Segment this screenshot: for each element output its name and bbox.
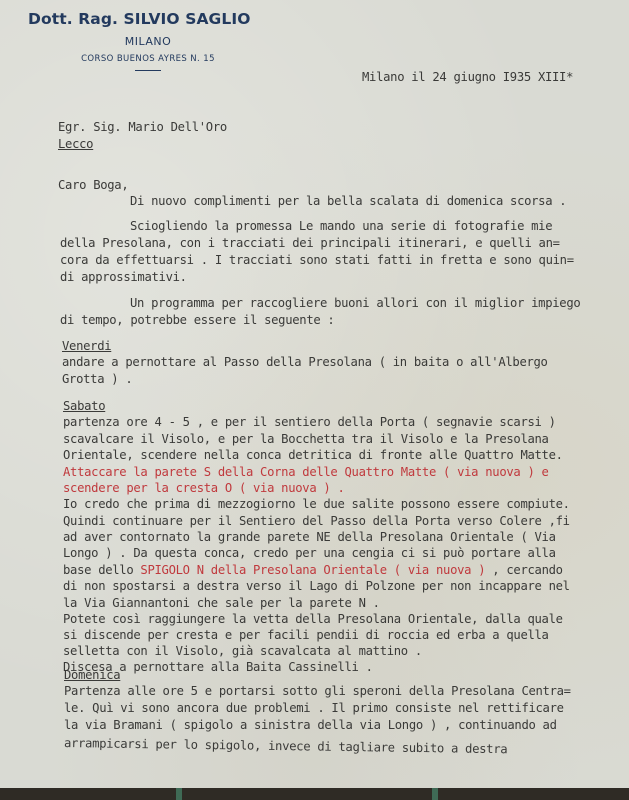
sabato-line: si discende per cresta e per facili pend… [63,628,549,642]
letterhead-address: CORSO BUENOS AYRES N. 15 [28,54,268,64]
sabato-line: Io credo che prima di mezzogiorno le due… [63,497,570,511]
letterhead-city: MILANO [28,35,268,48]
intro-para2-line: di approssimativi. [60,270,187,284]
venerdi-line: andare a pernottare al Passo della Preso… [62,355,548,369]
letterhead-divider [135,70,161,71]
intro-para2-line: cora da effettuarsi . I tracciati sono s… [60,253,574,267]
domenica-line: arrampicarsi per lo spigolo, invece di t… [64,736,508,756]
intro-para3-line: Un programma per raccogliere buoni allor… [130,296,580,310]
sabato-line: partenza ore 4 - 5 , e per il sentiero d… [63,415,556,429]
venerdi-line: Grotta ) . [62,372,132,386]
sabato-line: ad aver contornato la grande parete NE d… [63,530,556,544]
binder-clip [176,788,182,800]
salutation: Caro Boga, [58,178,128,192]
domenica-line: la via Bramani ( spigolo a sinistra dell… [64,718,557,732]
spigolo-red: SPIGOLO N della Presolana Orientale ( vi… [140,563,485,577]
spigolo-post: , cercando [485,563,562,577]
sabato-red-line: Attaccare la parete S della Corna delle … [63,465,549,479]
domenica-line: le. Quì vi sono ancora due problemi . Il… [64,701,564,715]
domenica-line: Partenza alle ore 5 e portarsi sotto gli… [64,684,571,698]
sabato-line: scavalcare il Visolo, e per la Bocchetta… [63,432,549,446]
intro-para3-line: di tempo, potrebbe essere il seguente : [60,313,334,327]
heading-sabato: Sabato [63,399,105,413]
sabato-red-line: scendere per la cresta O ( via nuova ) . [63,481,345,495]
intro-line: Di nuovo complimenti per la bella scalat… [130,194,566,208]
spigolo-pre: base dello [63,563,140,577]
binder-clip [432,788,438,800]
letterhead: Dott. Rag. SILVIO SAGLIO MILANO CORSO BU… [28,10,268,71]
scan-background-strip [0,788,629,800]
sabato-line: Orientale, scendere nella conca detritic… [63,448,563,462]
sabato-line: Longo ) . Da questa conca, credo per una… [63,546,556,560]
letter-page: Dott. Rag. SILVIO SAGLIO MILANO CORSO BU… [0,0,629,788]
sabato-line: la Via Giannantoni che sale per la paret… [63,596,380,610]
heading-domenica: Domenica [64,668,120,682]
date-line: Milano il 24 giugno I935 XIII* [362,70,573,84]
sabato-spigolo-line: base dello SPIGOLO N della Presolana Ori… [63,563,563,577]
sabato-line: selletta con il Visolo, già scavalcata a… [63,644,422,658]
recipient-name: Egr. Sig. Mario Dell'Oro [58,120,227,134]
intro-para2-line: Sciogliendo la promessa Le mando una ser… [130,219,552,233]
sabato-line: Potete così raggiungere la vetta della P… [63,612,563,626]
letterhead-name: Dott. Rag. SILVIO SAGLIO [28,10,268,28]
recipient-city: Lecco [58,137,93,151]
intro-para2-line: della Presolana, con i tracciati dei pri… [60,236,560,250]
sabato-line: di non spostarsi a destra verso il Lago … [63,579,570,593]
sabato-line: Quindi continuare per il Sentiero del Pa… [63,514,570,528]
heading-venerdi: Venerdi [62,339,111,353]
